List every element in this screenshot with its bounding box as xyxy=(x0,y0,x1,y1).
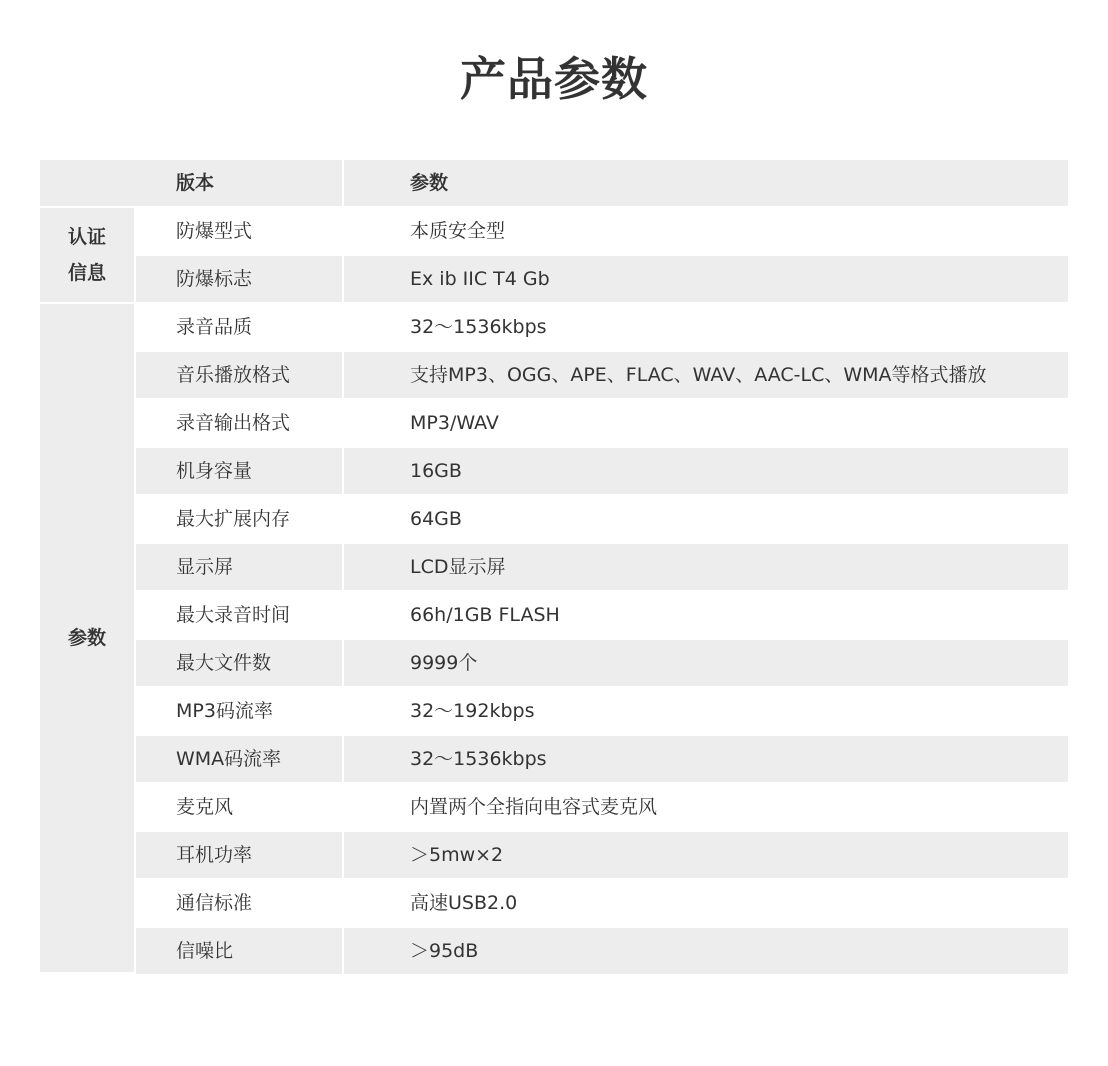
table-row: 通信标准 高速USB2.0 xyxy=(136,880,1068,926)
table-row: 防爆型式 本质安全型 xyxy=(136,208,1068,254)
row-value: MP3/WAV xyxy=(344,400,1068,446)
group-label: 参数 xyxy=(57,620,117,656)
row-name: 录音输出格式 xyxy=(136,400,342,446)
table-row: 防爆标志 Ex ib IIC T4 Gb xyxy=(136,256,1068,302)
row-name: 耳机功率 xyxy=(136,832,342,878)
row-name: MP3码流率 xyxy=(136,688,342,734)
row-value: 16GB xyxy=(344,448,1068,494)
header-version: 版本 xyxy=(176,160,214,206)
row-value: 高速USB2.0 xyxy=(344,880,1068,926)
table-row: 信噪比 ＞95dB xyxy=(136,928,1068,974)
row-name: 最大文件数 xyxy=(136,640,342,686)
row-value: ＞95dB xyxy=(344,928,1068,974)
group-certification: 认证 信息 xyxy=(40,208,134,302)
row-value: LCD显示屏 xyxy=(344,544,1068,590)
table-row: WMA码流率 32～1536kbps xyxy=(136,736,1068,782)
table-header: 版本 参数 xyxy=(40,160,1068,206)
group-label: 认证 信息 xyxy=(57,219,117,291)
group-parameters: 参数 xyxy=(40,304,134,972)
row-value: 支持MP3、OGG、APE、FLAC、WAV、AAC-LC、WMA等格式播放 xyxy=(344,352,1068,398)
row-name: 防爆型式 xyxy=(136,208,342,254)
row-name: 最大录音时间 xyxy=(136,592,342,638)
row-value: 64GB xyxy=(344,496,1068,542)
page-title: 产品参数 xyxy=(0,48,1108,110)
row-name: 麦克风 xyxy=(136,784,342,830)
row-name: WMA码流率 xyxy=(136,736,342,782)
header-divider xyxy=(342,160,344,206)
table-row: 最大录音时间 66h/1GB FLASH xyxy=(136,592,1068,638)
table-row: 音乐播放格式 支持MP3、OGG、APE、FLAC、WAV、AAC-LC、WMA… xyxy=(136,352,1068,398)
row-name: 通信标准 xyxy=(136,880,342,926)
table-row: 麦克风 内置两个全指向电容式麦克风 xyxy=(136,784,1068,830)
table-row: 耳机功率 ＞5mw×2 xyxy=(136,832,1068,878)
table-row: MP3码流率 32～192kbps xyxy=(136,688,1068,734)
row-value: Ex ib IIC T4 Gb xyxy=(344,256,1068,302)
row-value: ＞5mw×2 xyxy=(344,832,1068,878)
row-name: 信噪比 xyxy=(136,928,342,974)
table-row: 最大文件数 9999个 xyxy=(136,640,1068,686)
row-value: 本质安全型 xyxy=(344,208,1068,254)
table-row: 录音输出格式 MP3/WAV xyxy=(136,400,1068,446)
row-value: 66h/1GB FLASH xyxy=(344,592,1068,638)
row-name: 录音品质 xyxy=(136,304,342,350)
row-value: 内置两个全指向电容式麦克风 xyxy=(344,784,1068,830)
row-name: 防爆标志 xyxy=(136,256,342,302)
row-value: 32～192kbps xyxy=(344,688,1068,734)
row-value: 32～1536kbps xyxy=(344,736,1068,782)
row-value: 32～1536kbps xyxy=(344,304,1068,350)
header-params: 参数 xyxy=(410,160,448,206)
table-row: 最大扩展内存 64GB xyxy=(136,496,1068,542)
row-name: 最大扩展内存 xyxy=(136,496,342,542)
row-value: 9999个 xyxy=(344,640,1068,686)
group-label-line: 认证 xyxy=(57,219,117,255)
table-row: 显示屏 LCD显示屏 xyxy=(136,544,1068,590)
table-row: 录音品质 32～1536kbps xyxy=(136,304,1068,350)
row-name: 机身容量 xyxy=(136,448,342,494)
group-label-line: 信息 xyxy=(57,255,117,291)
table-row: 机身容量 16GB xyxy=(136,448,1068,494)
row-name: 显示屏 xyxy=(136,544,342,590)
row-name: 音乐播放格式 xyxy=(136,352,342,398)
group-label-line: 参数 xyxy=(57,620,117,656)
